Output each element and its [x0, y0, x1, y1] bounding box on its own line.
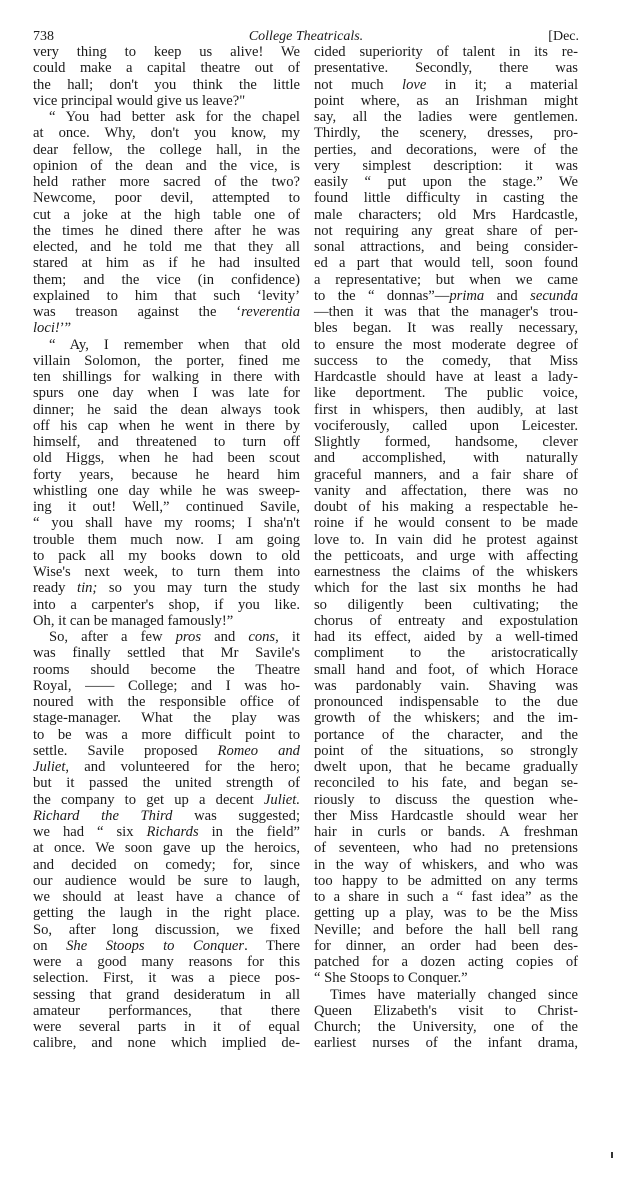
text-line: patched for a dozen acting copies of: [314, 954, 578, 970]
text-line: getting the laugh in the right place.: [33, 905, 300, 921]
text-line: roine if he would consent to be made: [314, 515, 578, 531]
text-segment: noured with the responsible office of: [33, 694, 300, 710]
text-segment: doubt of his making a respectable he-: [314, 499, 578, 515]
text-segment: first in whispers, then audibly, at last: [314, 402, 578, 418]
text-line: small hand and foot, of which Horace: [314, 662, 578, 678]
text-segment: pronounced indispensable to the due: [314, 694, 578, 710]
text-segment: small hand and foot, of which Horace: [314, 662, 578, 678]
text-segment: cut a joke at the high table one of: [33, 207, 300, 223]
text-line: himself, and threatened to turn off: [33, 434, 300, 450]
text-segment: perties, and decorations, were of the: [314, 142, 578, 158]
text-segment: was treason against the ‘: [33, 304, 241, 320]
text-line: on She Stoops to Conquer. There: [33, 938, 300, 954]
text-line: held rather more sacred of the two?: [33, 174, 300, 190]
text-segment: cided superiority of talent in its re-: [314, 44, 578, 60]
text-line: rooms should become the Theatre: [33, 662, 300, 678]
text-segment: Church; the University, one of the: [314, 1019, 578, 1035]
text-segment: to the “ donnas”—: [314, 288, 449, 304]
text-line: very thing to keep us alive! We: [33, 44, 300, 60]
text-segment: “ You had better ask for the chapel: [49, 109, 300, 125]
text-segment: selection. First, it was a piece pos-: [33, 970, 300, 986]
text-segment: old Higgs, when he had been scout: [33, 450, 300, 466]
text-segment: in the field”: [199, 824, 300, 840]
text-line: “ You had better ask for the chapel: [33, 109, 300, 125]
text-segment: ’”: [60, 320, 71, 336]
text-segment: to pack all my books down to old: [33, 548, 300, 564]
text-line: very simplest description: it was: [314, 158, 578, 174]
text-segment: Thirdly, the scenery, dresses, pro-: [314, 125, 578, 141]
text-segment: the petticoats, and urge with affecting: [314, 548, 578, 564]
text-segment: amateur performances, that there: [33, 1003, 300, 1019]
text-segment: the hall; don't you think the little: [33, 77, 300, 93]
text-line: we should at least have a chance of: [33, 889, 300, 905]
text-line: whistling one day while he was sweep-: [33, 483, 300, 499]
text-line: not much love in it; a material: [314, 77, 578, 93]
text-line: compliment to the aristocratically: [314, 645, 578, 661]
text-segment: explained to him that such ‘levity’: [33, 288, 300, 304]
text-line: So, after a few pros and cons, it: [33, 629, 300, 645]
text-line: ther Miss Hardcastle should wear her: [314, 808, 578, 824]
text-line: doubt of his making a respectable he-: [314, 499, 578, 515]
text-line: was treason against the ‘reverentia: [33, 304, 300, 320]
text-line: ready tin; so you may turn the study: [33, 580, 300, 596]
italic-text: tin;: [77, 580, 97, 596]
text-segment: in it; a material: [426, 77, 578, 93]
text-segment: Hardcastle should have at least a lady-: [314, 369, 578, 385]
text-line: presentative. Secondly, there was: [314, 60, 578, 76]
text-segment: could make a capital theatre out of: [33, 60, 300, 76]
text-line: riously to discuss the question whe-: [314, 792, 578, 808]
text-segment: So, after long discussion, we fixed: [33, 922, 300, 938]
text-line: cut a joke at the high table one of: [33, 207, 300, 223]
text-line: for dinner, an order had been des-: [314, 938, 578, 954]
text-line: ten shillings for walking in there with: [33, 369, 300, 385]
text-segment: held rather more sacred of the two?: [33, 174, 300, 190]
text-segment: elected, and he told me that they all: [33, 239, 300, 255]
text-line: love to. In vain did he protest against: [314, 532, 578, 548]
text-segment: hair in curls or bands. A freshman: [314, 824, 578, 840]
text-line: Wise's next week, to turn them into: [33, 564, 300, 580]
text-segment: vice principal would give us leave?": [33, 93, 245, 109]
text-line: to a share in such a “ fast idea” as the: [314, 889, 578, 905]
text-line: Church; the University, one of the: [314, 1019, 578, 1035]
text-segment: Times have materially changed since: [330, 987, 578, 1003]
text-segment: very simplest description: it was: [314, 158, 578, 174]
text-line: vociferously, called upon Leicester.: [314, 418, 578, 434]
text-line: into a carpenter's shop, if you like.: [33, 597, 300, 613]
text-segment: villain Solomon, the porter, fined me: [33, 353, 300, 369]
text-line: of seventeen, who had no pretensions: [314, 840, 578, 856]
text-line: success to the comedy, that Miss: [314, 353, 578, 369]
italic-text: Richard the Third: [33, 808, 172, 824]
text-segment: point of the situations, so strongly: [314, 743, 578, 759]
text-line: the petticoats, and urge with affecting: [314, 548, 578, 564]
text-line: male characters; old Mrs Hardcastle,: [314, 207, 578, 223]
text-line: villain Solomon, the porter, fined me: [33, 353, 300, 369]
text-segment: dinner; he said the dean always took: [33, 402, 300, 418]
text-segment: graceful manners, and a fair share of: [314, 467, 578, 483]
text-segment: so you may turn the study: [97, 580, 300, 596]
text-line: Times have materially changed since: [314, 987, 578, 1003]
text-segment: earliest nurses of the infant drama,: [314, 1035, 578, 1051]
text-line: forty years, because he heard him: [33, 467, 300, 483]
text-line: getting up a play, was to be the Miss: [314, 905, 578, 921]
text-segment: and decided on comedy; for, since: [33, 857, 300, 873]
text-line: the times he dined there after he was: [33, 223, 300, 239]
text-line: trouble them much now. I am going: [33, 532, 300, 548]
text-line: old Higgs, when he had been scout: [33, 450, 300, 466]
text-segment: settle. Savile proposed: [33, 743, 218, 759]
italic-text: pros: [176, 629, 201, 645]
text-line: to pack all my books down to old: [33, 548, 300, 564]
text-line: Newcome, poor devil, attempted to: [33, 190, 300, 206]
text-line: earliest nurses of the infant drama,: [314, 1035, 578, 1051]
text-line: reconciled to his fate, and began se-: [314, 775, 578, 791]
text-line: chorus of entreaty and expostulation: [314, 613, 578, 629]
italic-text: Juliet: [33, 759, 65, 775]
text-segment: bles began. It was really necessary,: [314, 320, 578, 336]
text-segment: like deportment. The public voice,: [314, 385, 578, 401]
text-line: easily “ put upon the stage.” We: [314, 174, 578, 190]
text-segment: riously to discuss the question whe-: [314, 792, 578, 808]
text-line: which for the last six months he had: [314, 580, 578, 596]
text-segment: ther Miss Hardcastle should wear her: [314, 808, 578, 824]
text-segment: to a share in such a “ fast idea” as the: [314, 889, 578, 905]
text-segment: presentative. Secondly, there was: [314, 60, 578, 76]
text-segment: not requiring any great share of per-: [314, 223, 578, 239]
text-segment: at once. Why, don't you know, my: [33, 125, 300, 141]
text-line: Royal, —— College; and I was ho-: [33, 678, 300, 694]
text-segment: too happy to be admitted on any terms: [314, 873, 578, 889]
text-line: was finally settled that Mr Savile's: [33, 645, 300, 661]
text-line: Slightly formed, handsome, clever: [314, 434, 578, 450]
text-segment: —then it was that the manager's trou-: [314, 304, 578, 320]
text-segment: and: [201, 629, 248, 645]
text-line: earnestness the claims of the whiskers: [314, 564, 578, 580]
text-line: were several parts in it of equal: [33, 1019, 300, 1035]
text-segment: Wise's next week, to turn them into: [33, 564, 300, 580]
text-line: but it passed the united strength of: [33, 775, 300, 791]
text-line: growth of the whiskers; and the im-: [314, 710, 578, 726]
text-line: ed a part that would tell, soon found: [314, 255, 578, 271]
text-line: settle. Savile proposed Romeo and: [33, 743, 300, 759]
text-line: were a good many reasons for this: [33, 954, 300, 970]
text-line: noured with the responsible office of: [33, 694, 300, 710]
text-segment: a representative; but when we came: [314, 272, 578, 288]
text-line: elected, and he told me that they all: [33, 239, 300, 255]
italic-text: secunda: [530, 288, 578, 304]
text-line: “ She Stoops to Conquer.”: [314, 970, 578, 986]
italic-text: love: [402, 77, 426, 93]
text-segment: spurs one day when I was late for: [33, 385, 300, 401]
text-line: hair in curls or bands. A freshman: [314, 824, 578, 840]
text-segment: “ She Stoops to Conquer.”: [314, 970, 468, 986]
text-segment: on: [33, 938, 66, 954]
text-line: at once. Why, don't you know, my: [33, 125, 300, 141]
text-line: portance of the character, and the: [314, 727, 578, 743]
text-line: “ you shall have my rooms; I sha'n't: [33, 515, 300, 531]
text-segment: calibre, and none which implied de-: [33, 1035, 300, 1051]
text-segment: was pardonably vain. Shaving was: [314, 678, 578, 694]
italic-text: loci!: [33, 320, 60, 336]
text-segment: to ensure the most moderate degree of: [314, 337, 578, 353]
text-segment: chorus of entreaty and expostulation: [314, 613, 578, 629]
italic-text: prima: [449, 288, 484, 304]
text-line: loci!’”: [33, 320, 300, 336]
text-line: bles began. It was really necessary,: [314, 320, 578, 336]
text-segment: had its effect, aided by a well-timed: [314, 629, 578, 645]
text-line: off his cap when he went in there by: [33, 418, 300, 434]
text-segment: whistling one day while he was sweep-: [33, 483, 300, 499]
text-segment: So, after a few: [49, 629, 176, 645]
text-line: Neville; and before the hall bell rang: [314, 922, 578, 938]
text-segment: “ you shall have my rooms; I sha'n't: [33, 515, 300, 531]
text-line: at once. We soon gave up the heroics,: [33, 840, 300, 856]
text-segment: we should at least have a chance of: [33, 889, 300, 905]
text-segment: “ Ay, I remember when that old: [49, 337, 300, 353]
text-segment: opinion of the dean and the vice, is: [33, 158, 300, 174]
text-segment: and accomplished, with naturally: [314, 450, 578, 466]
text-line: dinner; he said the dean always took: [33, 402, 300, 418]
text-segment: and: [484, 288, 530, 304]
left-text-column: very thing to keep us alive! Wecould mak…: [33, 44, 300, 1052]
text-segment: not much: [314, 77, 402, 93]
text-line: and decided on comedy; for, since: [33, 857, 300, 873]
text-line: had its effect, aided by a well-timed: [314, 629, 578, 645]
page-scan-mark: [611, 1152, 613, 1158]
text-segment: so diligently been cultivating; the: [314, 597, 578, 613]
text-segment: . There: [244, 938, 300, 954]
text-line: like deportment. The public voice,: [314, 385, 578, 401]
text-segment: Oh, it can be managed famously!”: [33, 613, 233, 629]
text-segment: roine if he would consent to be made: [314, 515, 578, 531]
text-segment: which for the last six months he had: [314, 580, 578, 596]
text-line: to the “ donnas”—prima and secunda: [314, 288, 578, 304]
text-line: and accomplished, with naturally: [314, 450, 578, 466]
text-segment: sessing that grand desideratum in all: [33, 987, 300, 1003]
text-line: to ensure the most moderate degree of: [314, 337, 578, 353]
text-segment: male characters; old Mrs Hardcastle,: [314, 207, 578, 223]
text-line: to be was a more difficult point to: [33, 727, 300, 743]
text-segment: trouble them much now. I am going: [33, 532, 300, 548]
text-segment: the company to get up a decent: [33, 792, 264, 808]
text-line: Thirdly, the scenery, dresses, pro-: [314, 125, 578, 141]
text-segment: very thing to keep us alive! We: [33, 44, 300, 60]
text-segment: forty years, because he heard him: [33, 467, 300, 483]
text-segment: was finally settled that Mr Savile's: [33, 645, 300, 661]
text-segment: dear fellow, the college hall, in the: [33, 142, 300, 158]
text-segment: ed a part that would tell, soon found: [314, 255, 578, 271]
text-line: first in whispers, then audibly, at last: [314, 402, 578, 418]
text-line: Oh, it can be managed famously!”: [33, 613, 300, 629]
text-segment: off his cap when he went in there by: [33, 418, 300, 434]
text-segment: vanity and affectation, there was no: [314, 483, 578, 499]
text-segment: himself, and threatened to turn off: [33, 434, 300, 450]
text-line: in the way of whiskers, and who was: [314, 857, 578, 873]
text-line: a representative; but when we came: [314, 272, 578, 288]
text-line: sessing that grand desideratum in all: [33, 987, 300, 1003]
text-segment: ready: [33, 580, 77, 596]
text-line: not requiring any great share of per-: [314, 223, 578, 239]
text-line: the hall; don't you think the little: [33, 77, 300, 93]
text-line: pronounced indispensable to the due: [314, 694, 578, 710]
text-segment: patched for a dozen acting copies of: [314, 954, 578, 970]
text-segment: of seventeen, who had no pretensions: [314, 840, 578, 856]
text-line: perties, and decorations, were of the: [314, 142, 578, 158]
text-segment: the times he dined there after he was: [33, 223, 300, 239]
text-segment: rooms should become the Theatre: [33, 662, 300, 678]
text-segment: we had “ six: [33, 824, 147, 840]
text-line: cided superiority of talent in its re-: [314, 44, 578, 60]
text-line: Queen Elizabeth's visit to Christ-: [314, 1003, 578, 1019]
text-segment: growth of the whiskers; and the im-: [314, 710, 578, 726]
text-line: calibre, and none which implied de-: [33, 1035, 300, 1051]
text-line: stage-manager. What the play was: [33, 710, 300, 726]
text-segment: stared at him as if he had insulted: [33, 255, 300, 271]
text-line: the company to get up a decent Juliet.: [33, 792, 300, 808]
text-segment: Royal, —— College; and I was ho-: [33, 678, 300, 694]
text-segment: love to. In vain did he protest against: [314, 532, 578, 548]
italic-text: Romeo and: [218, 743, 300, 759]
text-line: vanity and affectation, there was no: [314, 483, 578, 499]
text-segment: getting the laugh in the right place.: [33, 905, 300, 921]
text-segment: success to the comedy, that Miss: [314, 353, 578, 369]
text-line: stared at him as if he had insulted: [33, 255, 300, 271]
italic-text: Richards: [147, 824, 199, 840]
text-line: Richard the Third was suggested;: [33, 808, 300, 824]
text-segment: , and volunteered for the hero;: [65, 759, 300, 775]
text-segment: our audience would be sure to laugh,: [33, 873, 300, 889]
text-segment: compliment to the aristocratically: [314, 645, 578, 661]
text-segment: Queen Elizabeth's visit to Christ-: [314, 1003, 578, 1019]
text-line: was pardonably vain. Shaving was: [314, 678, 578, 694]
text-segment: into a carpenter's shop, if you like.: [33, 597, 300, 613]
text-line: selection. First, it was a piece pos-: [33, 970, 300, 986]
text-line: sonal attractions, and being consider-: [314, 239, 578, 255]
text-line: explained to him that such ‘levity’: [33, 288, 300, 304]
text-line: Juliet, and volunteered for the hero;: [33, 759, 300, 775]
text-line: could make a capital theatre out of: [33, 60, 300, 76]
text-line: we had “ six Richards in the field”: [33, 824, 300, 840]
text-segment: point where, as an Irishman might: [314, 93, 578, 109]
text-segment: to be was a more difficult point to: [33, 727, 300, 743]
italic-text: cons: [248, 629, 275, 645]
italic-text: Juliet.: [264, 792, 300, 808]
text-line: opinion of the dean and the vice, is: [33, 158, 300, 174]
text-segment: reconciled to his fate, and began se-: [314, 775, 578, 791]
text-segment: earnestness the claims of the whiskers: [314, 564, 578, 580]
text-segment: was suggested;: [172, 808, 300, 824]
text-line: dwelt upon, that he became gradually: [314, 759, 578, 775]
text-segment: but it passed the united strength of: [33, 775, 300, 791]
text-segment: ten shillings for walking in there with: [33, 369, 300, 385]
text-segment: say, all the ladies were gentlemen.: [314, 109, 578, 125]
text-segment: at once. We soon gave up the heroics,: [33, 840, 300, 856]
text-line: So, after long discussion, we fixed: [33, 922, 300, 938]
text-segment: were several parts in it of equal: [33, 1019, 300, 1035]
text-line: so diligently been cultivating; the: [314, 597, 578, 613]
text-line: found little difficulty in casting the: [314, 190, 578, 206]
text-segment: for dinner, an order had been des-: [314, 938, 578, 954]
text-line: spurs one day when I was late for: [33, 385, 300, 401]
text-line: point of the situations, so strongly: [314, 743, 578, 759]
text-segment: found little difficulty in casting the: [314, 190, 578, 206]
text-segment: Newcome, poor devil, attempted to: [33, 190, 300, 206]
text-segment: vociferously, called upon Leicester.: [314, 418, 578, 434]
right-text-column: cided superiority of talent in its re-pr…: [314, 44, 578, 1052]
text-segment: them; and the vice (in confidence): [33, 272, 300, 288]
text-segment: , it: [275, 629, 300, 645]
text-segment: Slightly formed, handsome, clever: [314, 434, 578, 450]
text-line: ing it out! Well,” continued Savile,: [33, 499, 300, 515]
text-line: them; and the vice (in confidence): [33, 272, 300, 288]
text-line: point where, as an Irishman might: [314, 93, 578, 109]
text-line: dear fellow, the college hall, in the: [33, 142, 300, 158]
text-segment: dwelt upon, that he became gradually: [314, 759, 578, 775]
italic-text: reverentia: [241, 304, 300, 320]
text-segment: in the way of whiskers, and who was: [314, 857, 578, 873]
text-segment: Neville; and before the hall bell rang: [314, 922, 578, 938]
text-line: too happy to be admitted on any terms: [314, 873, 578, 889]
text-line: amateur performances, that there: [33, 1003, 300, 1019]
italic-text: She Stoops to Conquer: [66, 938, 244, 954]
text-segment: were a good many reasons for this: [33, 954, 300, 970]
text-line: Hardcastle should have at least a lady-: [314, 369, 578, 385]
text-line: say, all the ladies were gentlemen.: [314, 109, 578, 125]
text-line: —then it was that the manager's trou-: [314, 304, 578, 320]
text-segment: easily “ put upon the stage.” We: [314, 174, 578, 190]
text-segment: sonal attractions, and being consider-: [314, 239, 578, 255]
text-segment: ing it out! Well,” continued Savile,: [33, 499, 300, 515]
text-segment: portance of the character, and the: [314, 727, 578, 743]
text-line: graceful manners, and a fair share of: [314, 467, 578, 483]
text-line: vice principal would give us leave?": [33, 93, 300, 109]
text-segment: stage-manager. What the play was: [33, 710, 300, 726]
text-line: “ Ay, I remember when that old: [33, 337, 300, 353]
text-segment: getting up a play, was to be the Miss: [314, 905, 578, 921]
text-line: our audience would be sure to laugh,: [33, 873, 300, 889]
